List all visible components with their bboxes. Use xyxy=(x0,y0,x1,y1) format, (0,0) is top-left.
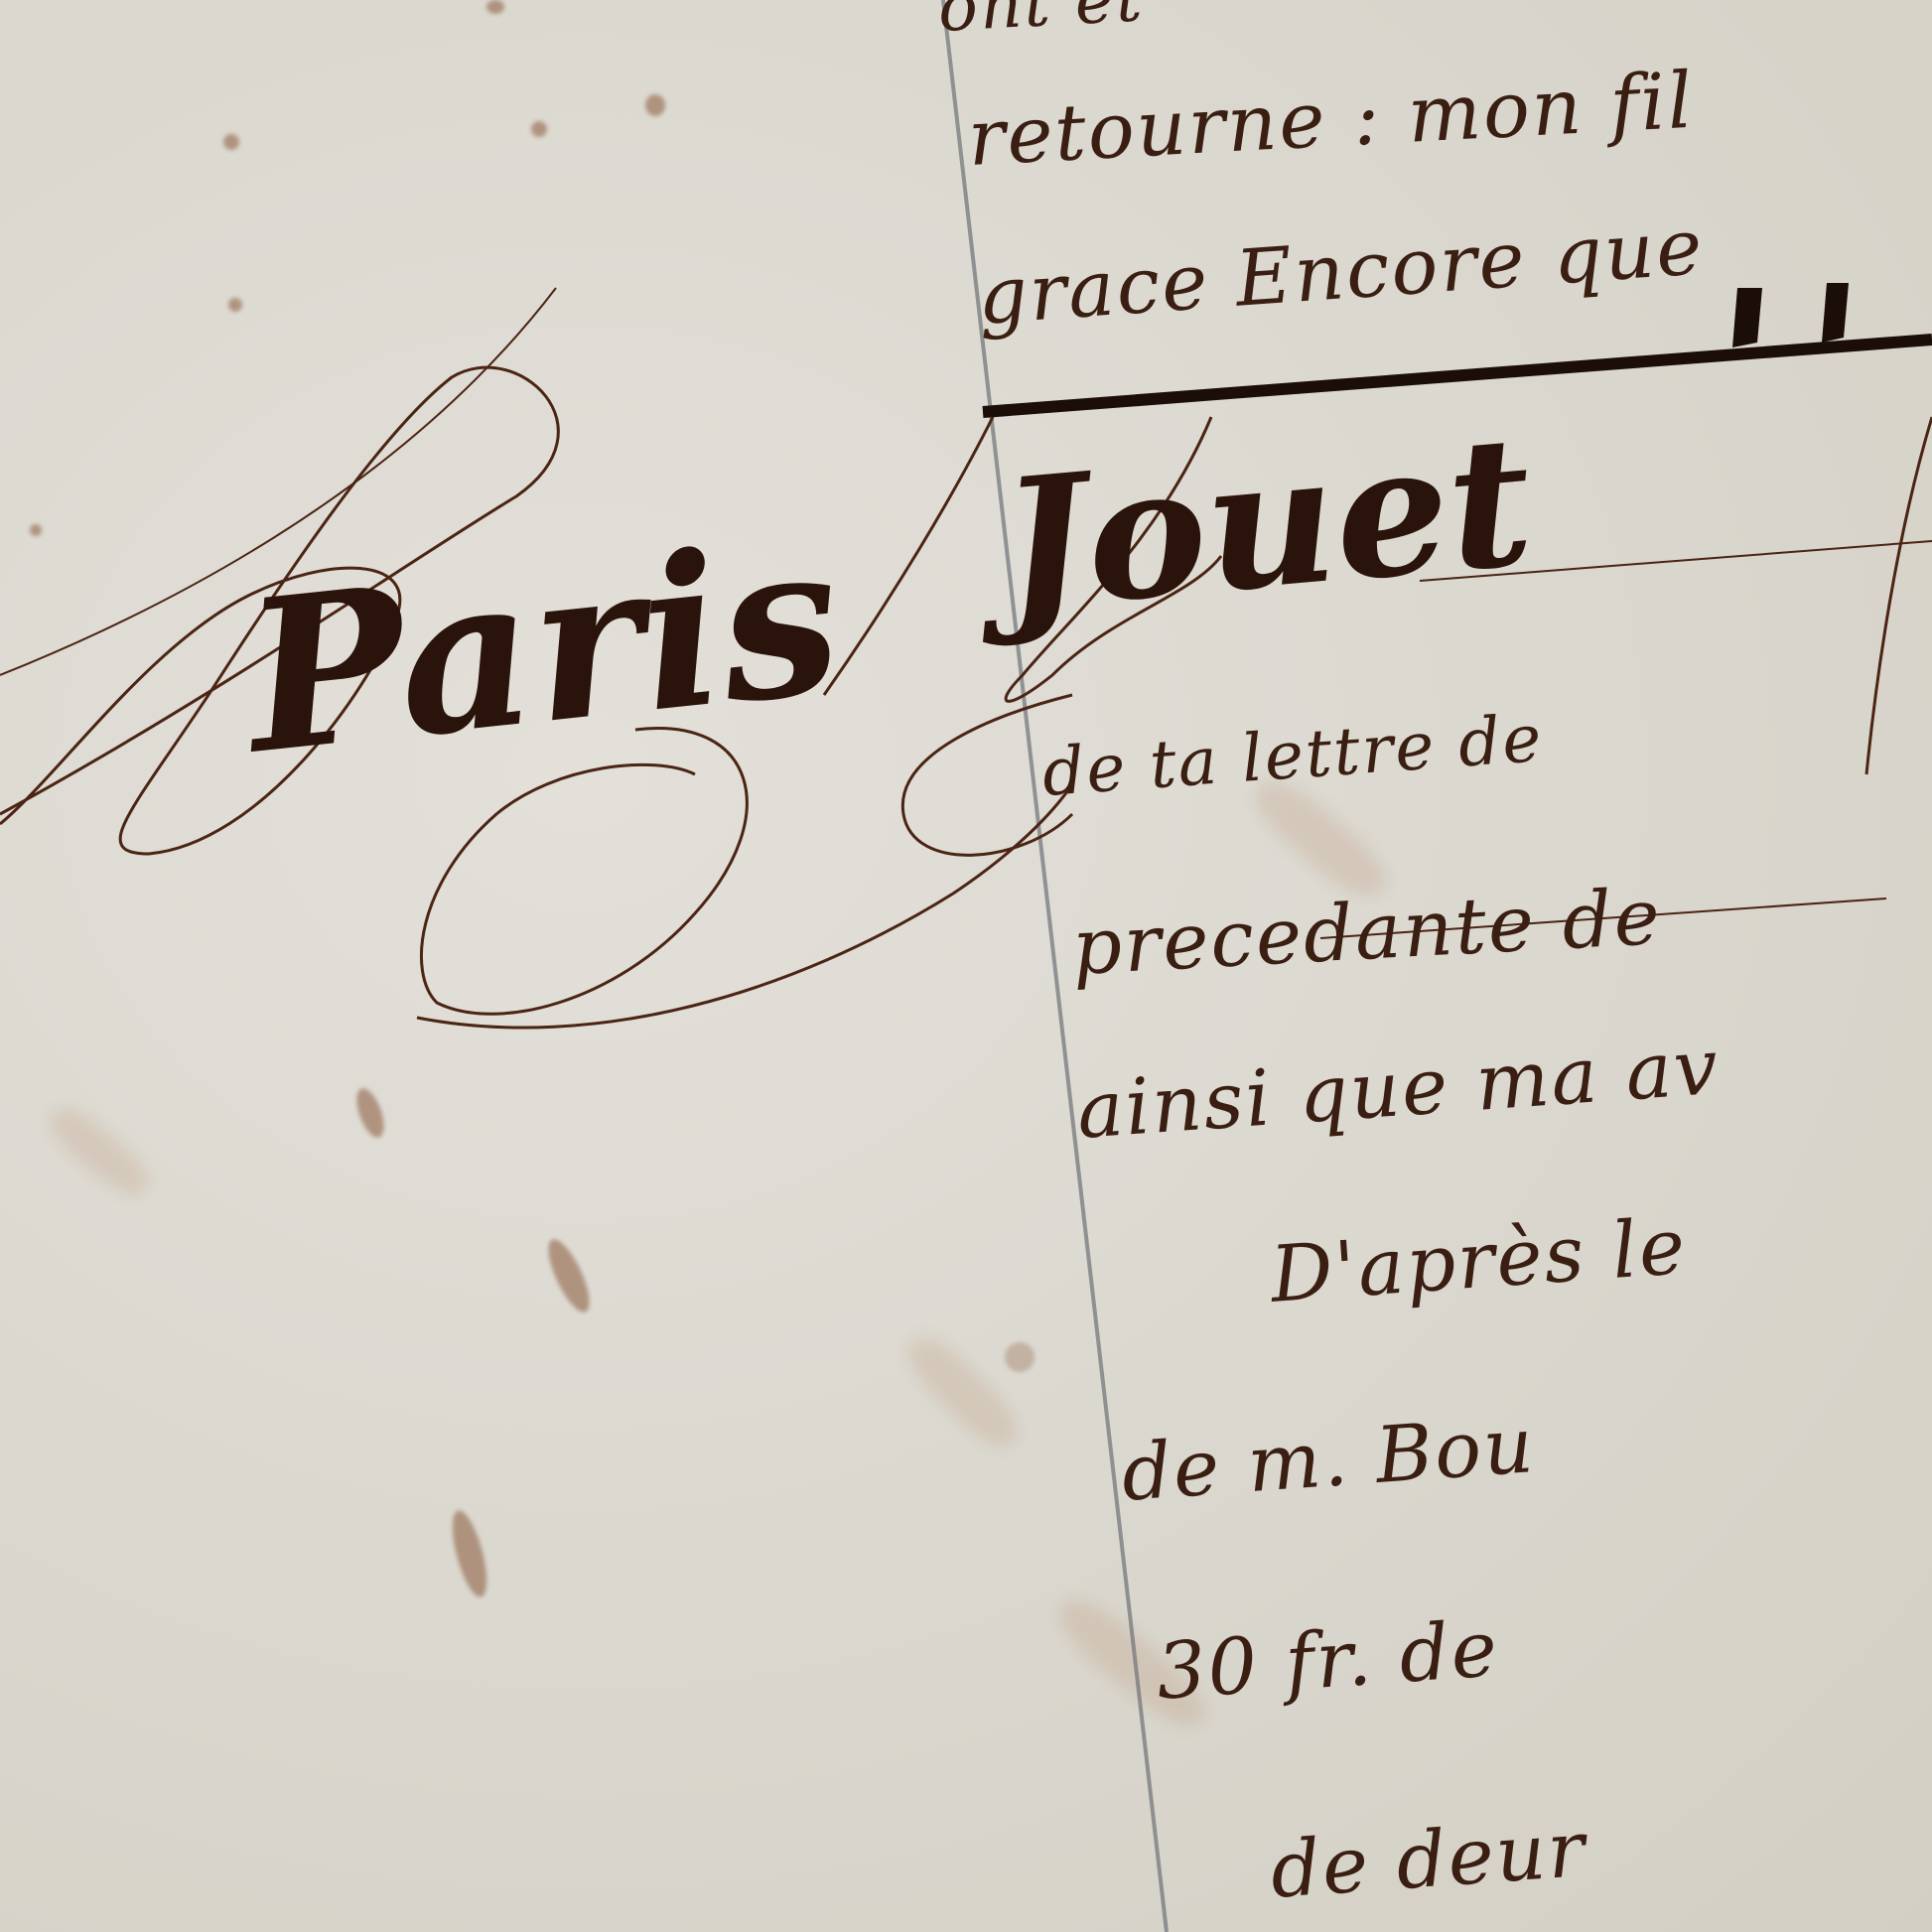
manuscript-page: Paris Jouet ont et retourne : mon fil gr… xyxy=(0,0,1932,1932)
